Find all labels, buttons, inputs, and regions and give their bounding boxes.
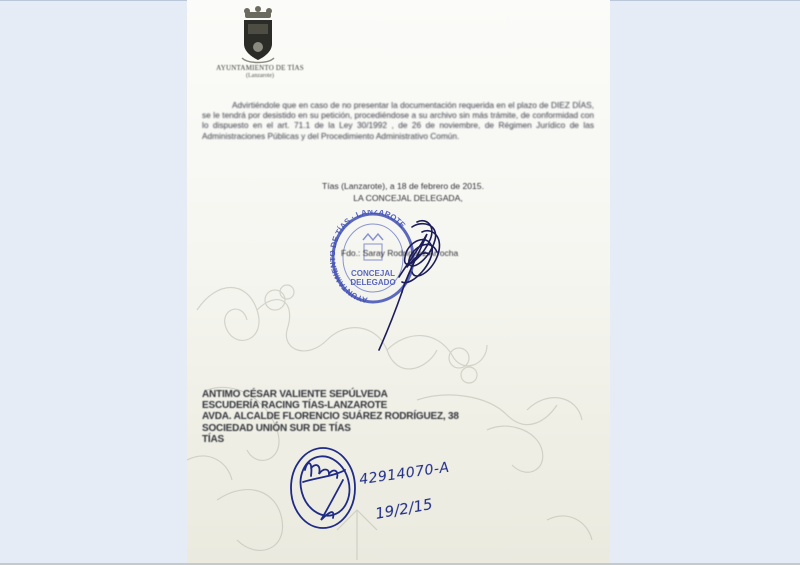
recipient-address: ANTIMO CÉSAR VALIENTE SEPÚLVEDA ESCUDERÍ… xyxy=(202,389,502,445)
handwritten-signature-icon xyxy=(357,212,457,352)
recipient-street: AVDA. ALCALDE FLORENCIO SUÁREZ RODRÍGUEZ… xyxy=(202,411,502,422)
body-paragraph-text: Advirtiéndole que en caso de no presenta… xyxy=(202,100,594,141)
organization-subtitle: (Lanzarote) xyxy=(205,73,315,79)
body-paragraph: Advirtiéndole que en caso de no presenta… xyxy=(202,100,594,141)
organization-name: AYUNTAMIENTO DE TÍAS xyxy=(205,64,315,72)
recipient-name: ANTIMO CÉSAR VALIENTE SEPÚLVEDA xyxy=(202,389,502,400)
receipt-signature-icon xyxy=(285,440,395,540)
date-line: Tías (Lanzarote), a 18 de febrero de 201… xyxy=(303,181,503,191)
recipient-organization: ESCUDERÍA RACING TÍAS-LANZAROTE xyxy=(202,400,502,411)
signer-role: LA CONCEJAL DELEGADA, xyxy=(343,193,473,203)
recipient-society: SOCIEDAD UNIÓN SUR DE TÍAS xyxy=(202,423,502,434)
coat-of-arms-icon xyxy=(233,6,283,66)
document-page: AYUNTAMIENTO DE TÍAS (Lanzarote) Advirti… xyxy=(187,0,610,565)
